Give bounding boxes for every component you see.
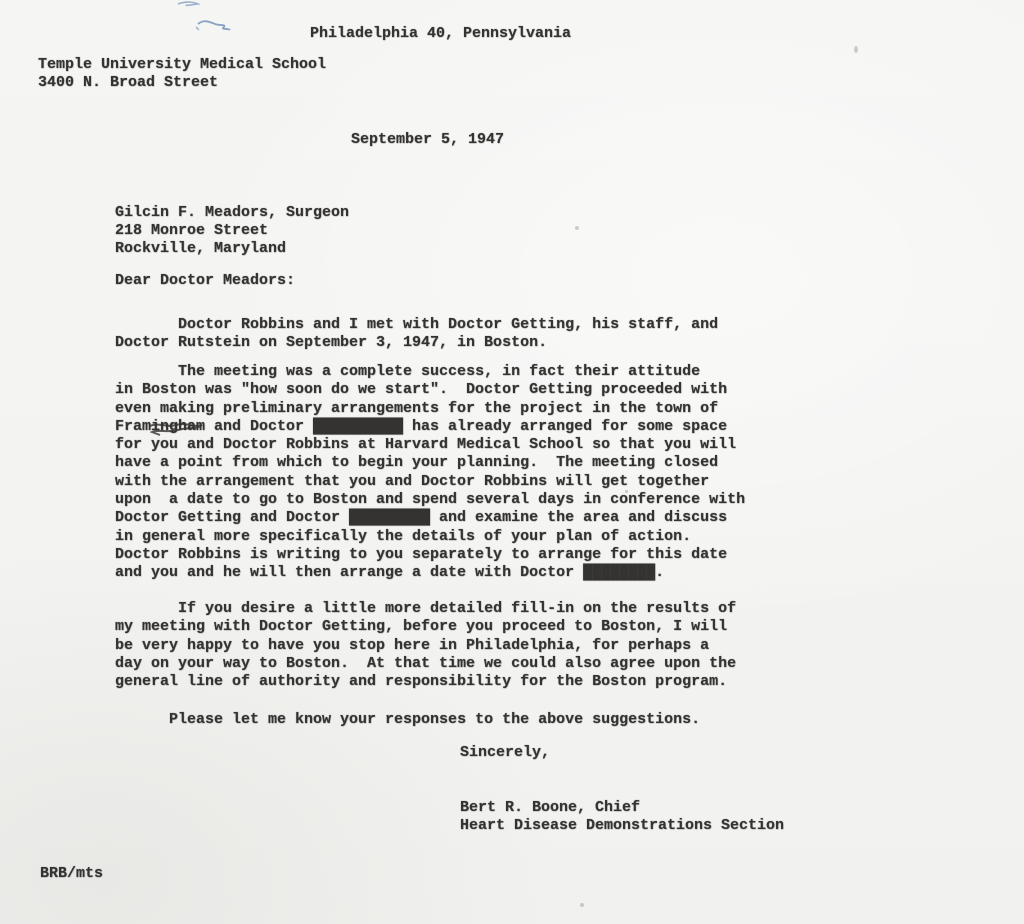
letterhead-city-line: Philadelphia 40, Pennsylvania <box>310 25 571 43</box>
scan-speck <box>854 46 858 53</box>
closing: Sincerely, <box>460 744 550 762</box>
scan-speck <box>580 903 584 907</box>
signature-section: Heart Disease Demonstrations Section <box>460 817 784 835</box>
body-paragraph-1: Doctor Robbins and I met with Doctor Get… <box>115 316 775 353</box>
recipient-name: Gilcin F. Meadors, Surgeon <box>115 204 349 222</box>
recipient-street: 218 Monroe Street <box>115 222 268 240</box>
body-paragraph-3: If you desire a little more detailed fil… <box>115 600 775 691</box>
sender-street-line: 3400 N. Broad Street <box>38 74 218 92</box>
pen-scribble-mark <box>160 0 250 36</box>
salutation: Dear Doctor Meadors: <box>115 272 295 290</box>
letter-date: September 5, 1947 <box>351 131 504 149</box>
body-paragraph-4: Please let me know your responses to the… <box>115 711 775 729</box>
scan-speck <box>575 226 579 230</box>
recipient-city: Rockville, Maryland <box>115 240 286 258</box>
scanned-letter-page: Philadelphia 40, Pennsylvania Temple Uni… <box>0 0 1024 924</box>
signature-name-title: Bert R. Boone, Chief <box>460 799 640 817</box>
body-paragraph-2: The meeting was a complete success, in f… <box>115 363 775 583</box>
sender-org-line: Temple University Medical School <box>38 56 326 74</box>
reference-initials: BRB/mts <box>40 865 103 883</box>
